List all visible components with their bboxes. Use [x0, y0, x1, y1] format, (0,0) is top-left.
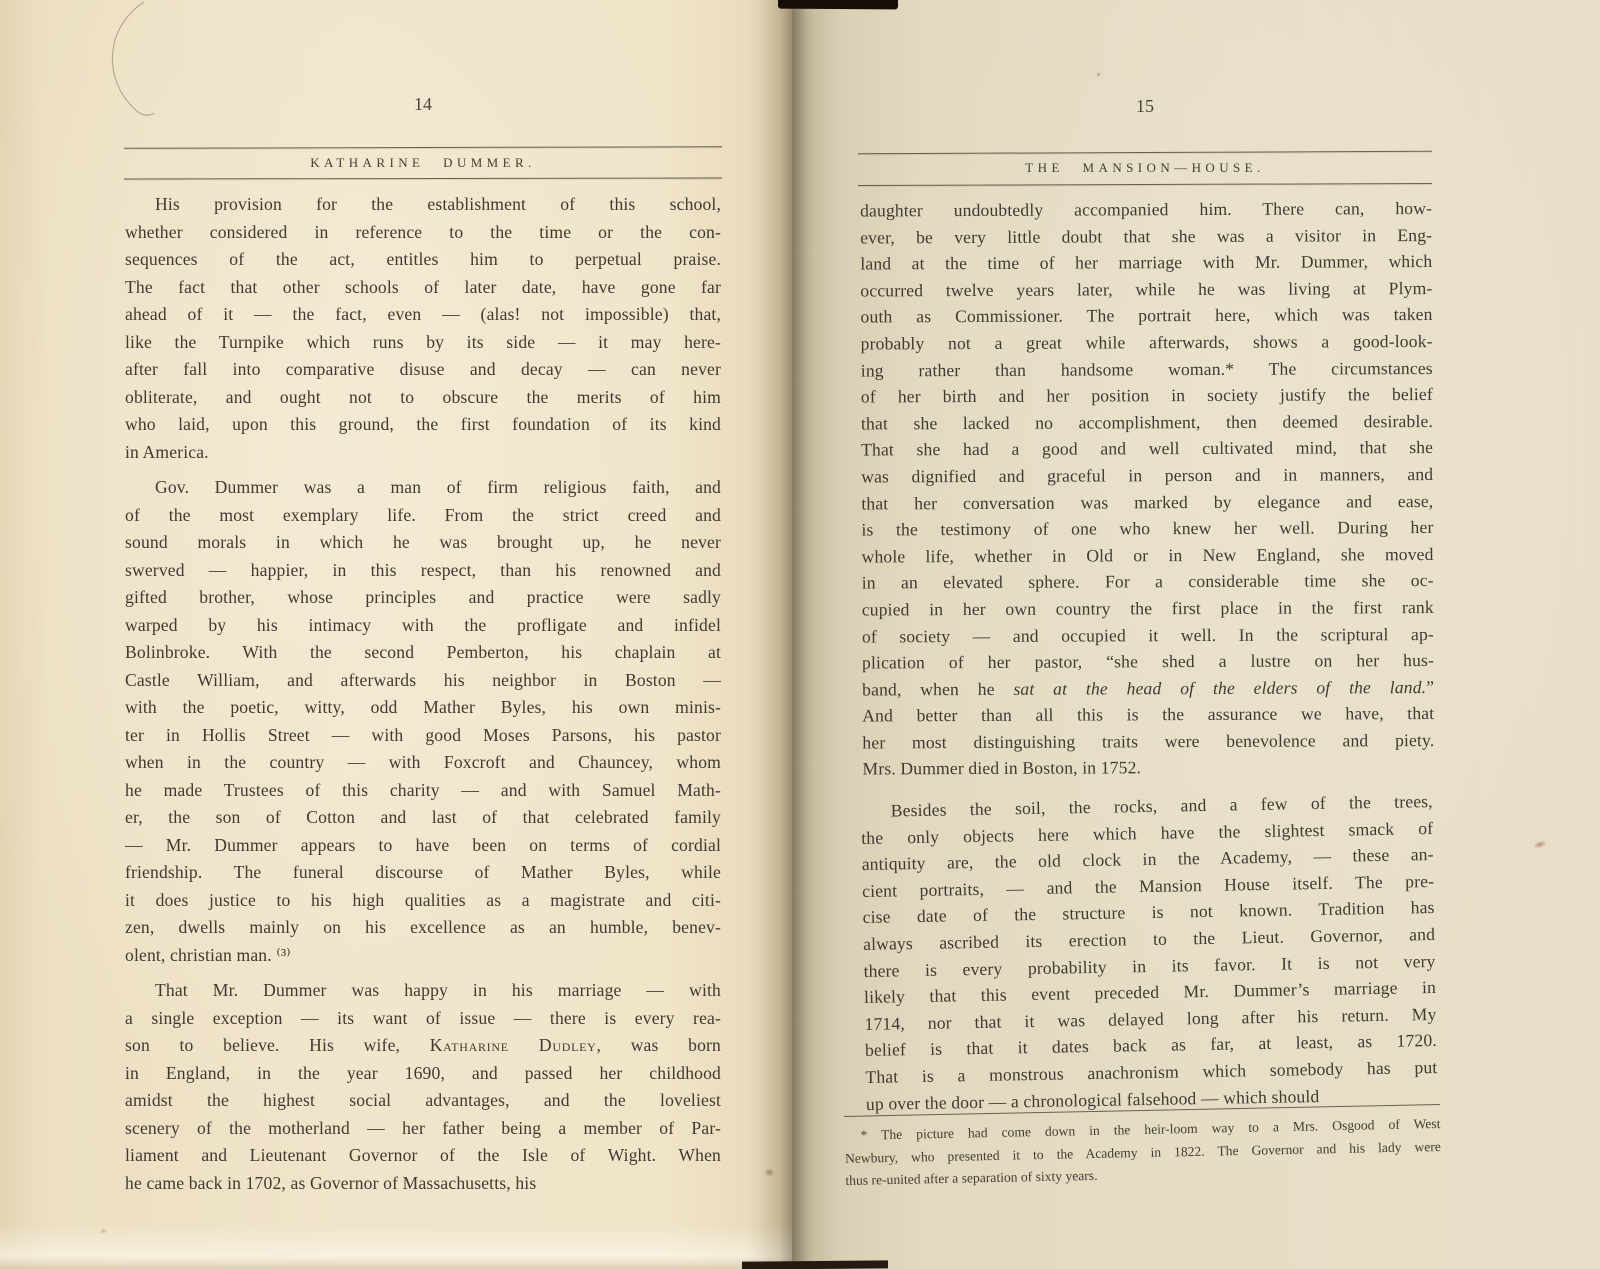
text-line: warped by his intimacy with the profliga…	[125, 612, 721, 640]
text-line: son to believe. His wife, Katharine Dudl…	[125, 1032, 721, 1060]
running-head: KATHARINE DUMMER.	[125, 155, 721, 171]
text-line: with the poetic, witty, odd Mather Byles…	[125, 694, 721, 722]
text-line: it does justice to his high qualities as…	[125, 887, 721, 915]
text-line: band, when he sat at the head of the eld…	[862, 674, 1434, 703]
text-line: in England, in the year 1690, and passed…	[125, 1060, 721, 1088]
left-page: 14 KATHARINE DUMMER. His provision for t…	[0, 0, 792, 1269]
text-line: liament and Lieutenant Governor of the I…	[125, 1142, 721, 1170]
text-line: ing rather than handsome woman.* The cir…	[861, 355, 1433, 384]
text-line: that she lacked no accomplishment, then …	[861, 408, 1433, 437]
text-line: daughter undoubtedly accompanied him. Th…	[860, 195, 1432, 224]
text-line: like the Turnpike which runs by its side…	[125, 329, 721, 357]
text-line: amidst the highest social advantages, an…	[125, 1087, 721, 1115]
text-line: sound morals in which he was brought up,…	[125, 529, 721, 557]
text-line: of her birth and her position in society…	[861, 381, 1433, 410]
text-line: that her conversation was marked by eleg…	[861, 488, 1433, 517]
text-line: Castle William, and afterwards his neigh…	[125, 667, 721, 695]
text-line: whole life, whether in Old or in New Eng…	[862, 541, 1434, 570]
text-line: was dignified and graceful in person and…	[861, 461, 1433, 490]
text-line: Gov. Dummer was a man of firm religious …	[125, 474, 721, 502]
text-line: plication of her pastor, “she shed a lus…	[862, 647, 1434, 676]
text-line: Mrs. Dummer died in Boston, in 1752.	[862, 753, 1434, 782]
header-rule-bottom	[124, 177, 722, 179]
footnote: * The picture had come down in the heir-…	[844, 1104, 1441, 1192]
header-rule-top	[124, 146, 722, 149]
paragraph: Besides the soil, the rocks, and a few o…	[861, 788, 1438, 1117]
binding-edge-top	[778, 0, 898, 9]
text-line: outh as Commissioner. The portrait here,…	[860, 301, 1432, 330]
text-line: That she had a good and well cultivated …	[861, 434, 1433, 463]
text-line: His provision for the establishment of t…	[125, 191, 721, 219]
text-line: probably not a great while afterwards, s…	[861, 328, 1433, 357]
text-line: ahead of it — the fact, even — (alas! no…	[125, 301, 721, 329]
text-line: he came back in 1702, as Governor of Mas…	[125, 1170, 721, 1198]
text-line: her most distinguishing traits were bene…	[862, 727, 1434, 756]
text-line: whether considered in reference to the t…	[125, 219, 721, 247]
text-line: ter in Hollis Street — with good Moses P…	[125, 722, 721, 750]
text-line: of society — and occupied it well. In th…	[862, 620, 1434, 649]
text-line: — Mr. Dummer appears to have been on ter…	[125, 832, 721, 860]
text-line: er, the son of Cotton and last of that c…	[125, 804, 721, 832]
text-line: after fall into comparative disuse and d…	[125, 356, 721, 384]
text-line: And better than all this is the assuranc…	[862, 700, 1434, 729]
text-line: That Mr. Dummer was happy in his marriag…	[125, 977, 721, 1005]
text-line: swerved — happier, in this respect, than…	[125, 557, 721, 585]
text-line: obliterate, and ought not to obscure the…	[125, 384, 721, 412]
binding-edge-bottom	[742, 1260, 888, 1269]
page-number: 14	[125, 94, 721, 115]
header-rule-bottom	[858, 183, 1432, 186]
text-line: in an elevated sphere. For a considerabl…	[862, 567, 1434, 596]
book-spread: 14 KATHARINE DUMMER. His provision for t…	[0, 0, 1600, 1269]
paragraph: That Mr. Dummer was happy in his marriag…	[125, 977, 721, 1197]
text-line: in America.	[125, 439, 721, 467]
paragraph: daughter undoubtedly accompanied him. Th…	[860, 195, 1435, 783]
header-rule-top	[858, 151, 1432, 155]
running-head: THE MANSION—HOUSE.	[860, 160, 1430, 176]
paragraph: Gov. Dummer was a man of firm religious …	[125, 474, 721, 969]
page-body: His provision for the establishment of t…	[125, 191, 721, 1197]
page-number: 15	[860, 96, 1430, 117]
text-line: zen, dwells mainly on his excellence as …	[125, 914, 721, 942]
text-line: ever, be very little doubt that she was …	[860, 222, 1432, 251]
text-line: cupied in her own country the first plac…	[862, 594, 1434, 623]
text-line: sequences of the act, entitles him to pe…	[125, 246, 721, 274]
text-line: olent, christian man. ⁽³⁾	[125, 942, 721, 970]
text-line: a single exception — its want of issue —…	[125, 1005, 721, 1033]
page-body: daughter undoubtedly accompanied him. Th…	[860, 195, 1436, 1110]
text-line: The fact that other schools of later dat…	[125, 274, 721, 302]
paragraph: His provision for the establishment of t…	[125, 191, 721, 466]
footnote-body: * The picture had come down in the heir-…	[844, 1113, 1441, 1192]
text-line: is the testimony of one who knew her wel…	[861, 514, 1433, 543]
text-line: scenery of the motherland — her father b…	[125, 1115, 721, 1143]
text-line: who laid, upon this ground, the first fo…	[125, 411, 721, 439]
text-line: of the most exemplary life. From the str…	[125, 502, 721, 530]
text-line: friendship. The funeral discourse of Mat…	[125, 859, 721, 887]
right-page: 15 THE MANSION—HOUSE. daughter undoubted…	[792, 0, 1600, 1269]
text-line: occurred twelve years later, while he wa…	[860, 275, 1432, 304]
text-line: land at the time of her marriage with Mr…	[860, 248, 1432, 277]
text-line: when in the country — with Foxcroft and …	[125, 749, 721, 777]
text-line: Bolinbroke. With the second Pemberton, h…	[125, 639, 721, 667]
text-line: gifted brother, whose principles and pra…	[125, 584, 721, 612]
text-line: he made Trustees of this charity — and w…	[125, 777, 721, 805]
